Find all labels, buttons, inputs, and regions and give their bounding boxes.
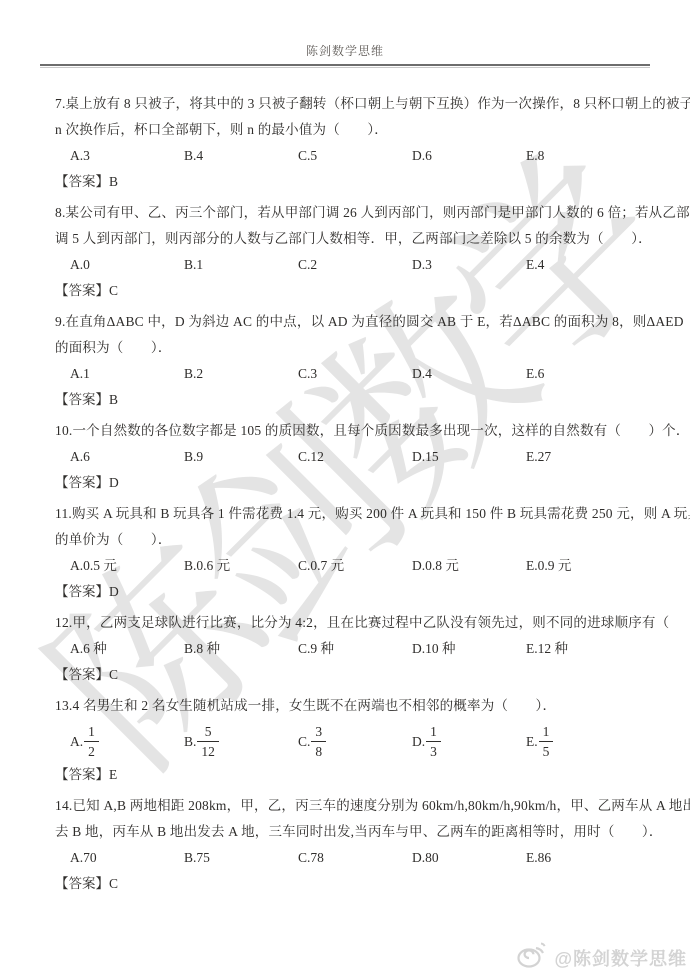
option: C.0.7 元 bbox=[298, 553, 412, 579]
option-label: C. bbox=[298, 729, 310, 755]
questions-container: 7.桌上放有 8 只被子，将其中的 3 只被子翻转（杯口朝上与朝下互换）作为一次… bbox=[0, 68, 690, 897]
question-stem-line: 10.一个自然数的各位数字都是 105 的质因数，且每个质因数最多出现一次，这样… bbox=[55, 418, 650, 444]
fraction-numerator: 5 bbox=[197, 722, 219, 742]
option: D.10 种 bbox=[412, 636, 526, 662]
option: B.9 bbox=[184, 444, 298, 470]
answer-label: 【答案】 bbox=[55, 174, 109, 189]
answer-value: D bbox=[109, 475, 119, 490]
page-header: 陈剑数学思维 bbox=[0, 0, 690, 68]
option: C.3 bbox=[298, 361, 412, 387]
option-label: E. bbox=[526, 729, 538, 755]
option: D.13 bbox=[412, 722, 526, 761]
question-block: 9.在直角ΔABC 中，D 为斜边 AC 的中点，以 AD 为直径的圆交 AB … bbox=[55, 309, 650, 413]
answer-line: 【答案】B bbox=[55, 169, 650, 195]
options-row: A.0B.1C.2D.3E.4 bbox=[55, 252, 650, 278]
weibo-icon bbox=[515, 941, 551, 974]
question-block: 8.某公司有甲、乙、丙三个部门，若从甲部门调 26 人到丙部门，则丙部门是甲部门… bbox=[55, 200, 650, 304]
option: A.6 种 bbox=[70, 636, 184, 662]
option: D.0.8 元 bbox=[412, 553, 526, 579]
question-block: 12.甲，乙两支足球队进行比赛，比分为 4:2，且在比赛过程中乙队没有领先过，则… bbox=[55, 610, 650, 688]
options-row: A.6 种B.8 种C.9 种D.10 种E.12 种 bbox=[55, 636, 650, 662]
fraction: 13 bbox=[426, 722, 441, 761]
option: B.75 bbox=[184, 845, 298, 871]
option: D.80 bbox=[412, 845, 526, 871]
fraction-denominator: 5 bbox=[539, 742, 554, 761]
answer-value: E bbox=[109, 767, 117, 782]
fraction-denominator: 12 bbox=[197, 742, 219, 761]
question-stem-line: 的单价为（ ）． bbox=[55, 527, 650, 553]
answer-line: 【答案】E bbox=[55, 762, 650, 788]
question-stem-line: 8.某公司有甲、乙、丙三个部门，若从甲部门调 26 人到丙部门，则丙部门是甲部门… bbox=[55, 200, 650, 226]
options-row: A.3B.4C.5D.6E.8 bbox=[55, 143, 650, 169]
question-stem-line: 7.桌上放有 8 只被子，将其中的 3 只被子翻转（杯口朝上与朝下互换）作为一次… bbox=[55, 91, 650, 117]
fraction-numerator: 1 bbox=[84, 722, 99, 742]
options-row: A.6B.9C.12D.15E.27 bbox=[55, 444, 650, 470]
weibo-handle: @陈剑数学思维 bbox=[554, 945, 687, 971]
option: B.8 种 bbox=[184, 636, 298, 662]
question-stem-line: 的面积为（ ）． bbox=[55, 335, 650, 361]
option: E.86 bbox=[526, 845, 551, 871]
answer-value: C bbox=[109, 283, 118, 298]
fraction-numerator: 1 bbox=[426, 722, 441, 742]
question-block: 11.购买 A 玩具和 B 玩具各 1 件需花费 1.4 元，购买 200 件 … bbox=[55, 501, 650, 605]
answer-value: D bbox=[109, 584, 119, 599]
option-label: A. bbox=[70, 729, 83, 755]
option: C.2 bbox=[298, 252, 412, 278]
option-label: D. bbox=[412, 729, 425, 755]
option: D.4 bbox=[412, 361, 526, 387]
answer-label: 【答案】 bbox=[55, 283, 109, 298]
question-stem-line: 12.甲，乙两支足球队进行比赛，比分为 4:2，且在比赛过程中乙队没有领先过，则… bbox=[55, 610, 650, 636]
option: D.15 bbox=[412, 444, 526, 470]
option: B.4 bbox=[184, 143, 298, 169]
option: A.6 bbox=[70, 444, 184, 470]
option: D.6 bbox=[412, 143, 526, 169]
option: E.27 bbox=[526, 444, 551, 470]
answer-label: 【答案】 bbox=[55, 584, 109, 599]
option: A.1 bbox=[70, 361, 184, 387]
answer-line: 【答案】C bbox=[55, 662, 650, 688]
question-stem-line: 11.购买 A 玩具和 B 玩具各 1 件需花费 1.4 元，购买 200 件 … bbox=[55, 501, 650, 527]
option: E.8 bbox=[526, 143, 544, 169]
option: E.4 bbox=[526, 252, 544, 278]
option: A.70 bbox=[70, 845, 184, 871]
question-stem-line: 14.已知 A,B 两地相距 208km，甲，乙，丙三车的速度分别为 60km/… bbox=[55, 793, 650, 819]
option: B.512 bbox=[184, 722, 298, 761]
option: A.0.5 元 bbox=[70, 553, 184, 579]
fraction: 12 bbox=[84, 722, 99, 761]
fraction-denominator: 8 bbox=[311, 742, 326, 761]
fraction-numerator: 3 bbox=[311, 722, 326, 742]
option: A.12 bbox=[70, 722, 184, 761]
option: B.0.6 元 bbox=[184, 553, 298, 579]
option: E.15 bbox=[526, 722, 553, 761]
question-stem-line: 9.在直角ΔABC 中，D 为斜边 AC 的中点，以 AD 为直径的圆交 AB … bbox=[55, 309, 650, 335]
option: C.78 bbox=[298, 845, 412, 871]
answer-value: C bbox=[109, 876, 118, 891]
fraction: 512 bbox=[197, 722, 219, 761]
answer-line: 【答案】C bbox=[55, 871, 650, 897]
option: E.12 种 bbox=[526, 636, 568, 662]
weibo-watermark: @陈剑数学思维 bbox=[515, 941, 687, 974]
answer-label: 【答案】 bbox=[55, 392, 109, 407]
answer-line: 【答案】B bbox=[55, 387, 650, 413]
option: B.1 bbox=[184, 252, 298, 278]
option-label: B. bbox=[184, 729, 196, 755]
answer-line: 【答案】D bbox=[55, 470, 650, 496]
option: C.12 bbox=[298, 444, 412, 470]
question-block: 7.桌上放有 8 只被子，将其中的 3 只被子翻转（杯口朝上与朝下互换）作为一次… bbox=[55, 91, 650, 195]
options-row: A.0.5 元B.0.6 元C.0.7 元D.0.8 元E.0.9 元 bbox=[55, 553, 650, 579]
question-block: 14.已知 A,B 两地相距 208km，甲，乙，丙三车的速度分别为 60km/… bbox=[55, 793, 650, 897]
question-stem-line: 13.4 名男生和 2 名女生随机站成一排，女生既不在两端也不相邻的概率为（ ）… bbox=[55, 693, 650, 719]
answer-label: 【答案】 bbox=[55, 475, 109, 490]
header-title: 陈剑数学思维 bbox=[0, 0, 690, 59]
option: C.38 bbox=[298, 722, 412, 761]
fraction: 15 bbox=[539, 722, 554, 761]
option: A.0 bbox=[70, 252, 184, 278]
fraction: 38 bbox=[311, 722, 326, 761]
document-page: 陈 剑 数 学 陈剑数学思维 7.桌上放有 8 只被子，将其中的 3 只被子翻转… bbox=[0, 0, 690, 976]
question-stem-line: n 次换作后，杯口全部朝下，则 n 的最小值为（ ）． bbox=[55, 117, 650, 143]
option: A.3 bbox=[70, 143, 184, 169]
fraction-denominator: 2 bbox=[84, 742, 99, 761]
option: D.3 bbox=[412, 252, 526, 278]
fraction-numerator: 1 bbox=[539, 722, 554, 742]
answer-label: 【答案】 bbox=[55, 667, 109, 682]
answer-line: 【答案】C bbox=[55, 278, 650, 304]
fraction-denominator: 3 bbox=[426, 742, 441, 761]
answer-label: 【答案】 bbox=[55, 767, 109, 782]
option: C.5 bbox=[298, 143, 412, 169]
option: C.9 种 bbox=[298, 636, 412, 662]
question-block: 10.一个自然数的各位数字都是 105 的质因数，且每个质因数最多出现一次，这样… bbox=[55, 418, 650, 496]
answer-value: B bbox=[109, 174, 118, 189]
answer-line: 【答案】D bbox=[55, 579, 650, 605]
question-block: 13.4 名男生和 2 名女生随机站成一排，女生既不在两端也不相邻的概率为（ ）… bbox=[55, 693, 650, 788]
answer-value: B bbox=[109, 392, 118, 407]
question-stem-line: 去 B 地，丙车从 B 地出发去 A 地，三车同时出发,当丙车与甲、乙两车的距离… bbox=[55, 819, 650, 845]
option: E.0.9 元 bbox=[526, 553, 571, 579]
option: B.2 bbox=[184, 361, 298, 387]
answer-value: C bbox=[109, 667, 118, 682]
options-row: A.70B.75C.78D.80E.86 bbox=[55, 845, 650, 871]
options-row: A.12B.512C.38D.13E.15 bbox=[55, 719, 650, 762]
answer-label: 【答案】 bbox=[55, 876, 109, 891]
options-row: A.1B.2C.3D.4E.6 bbox=[55, 361, 650, 387]
option: E.6 bbox=[526, 361, 544, 387]
question-stem-line: 调 5 人到丙部门，则丙部分的人数与乙部门人数相等．甲，乙两部门之差除以 5 的… bbox=[55, 226, 650, 252]
